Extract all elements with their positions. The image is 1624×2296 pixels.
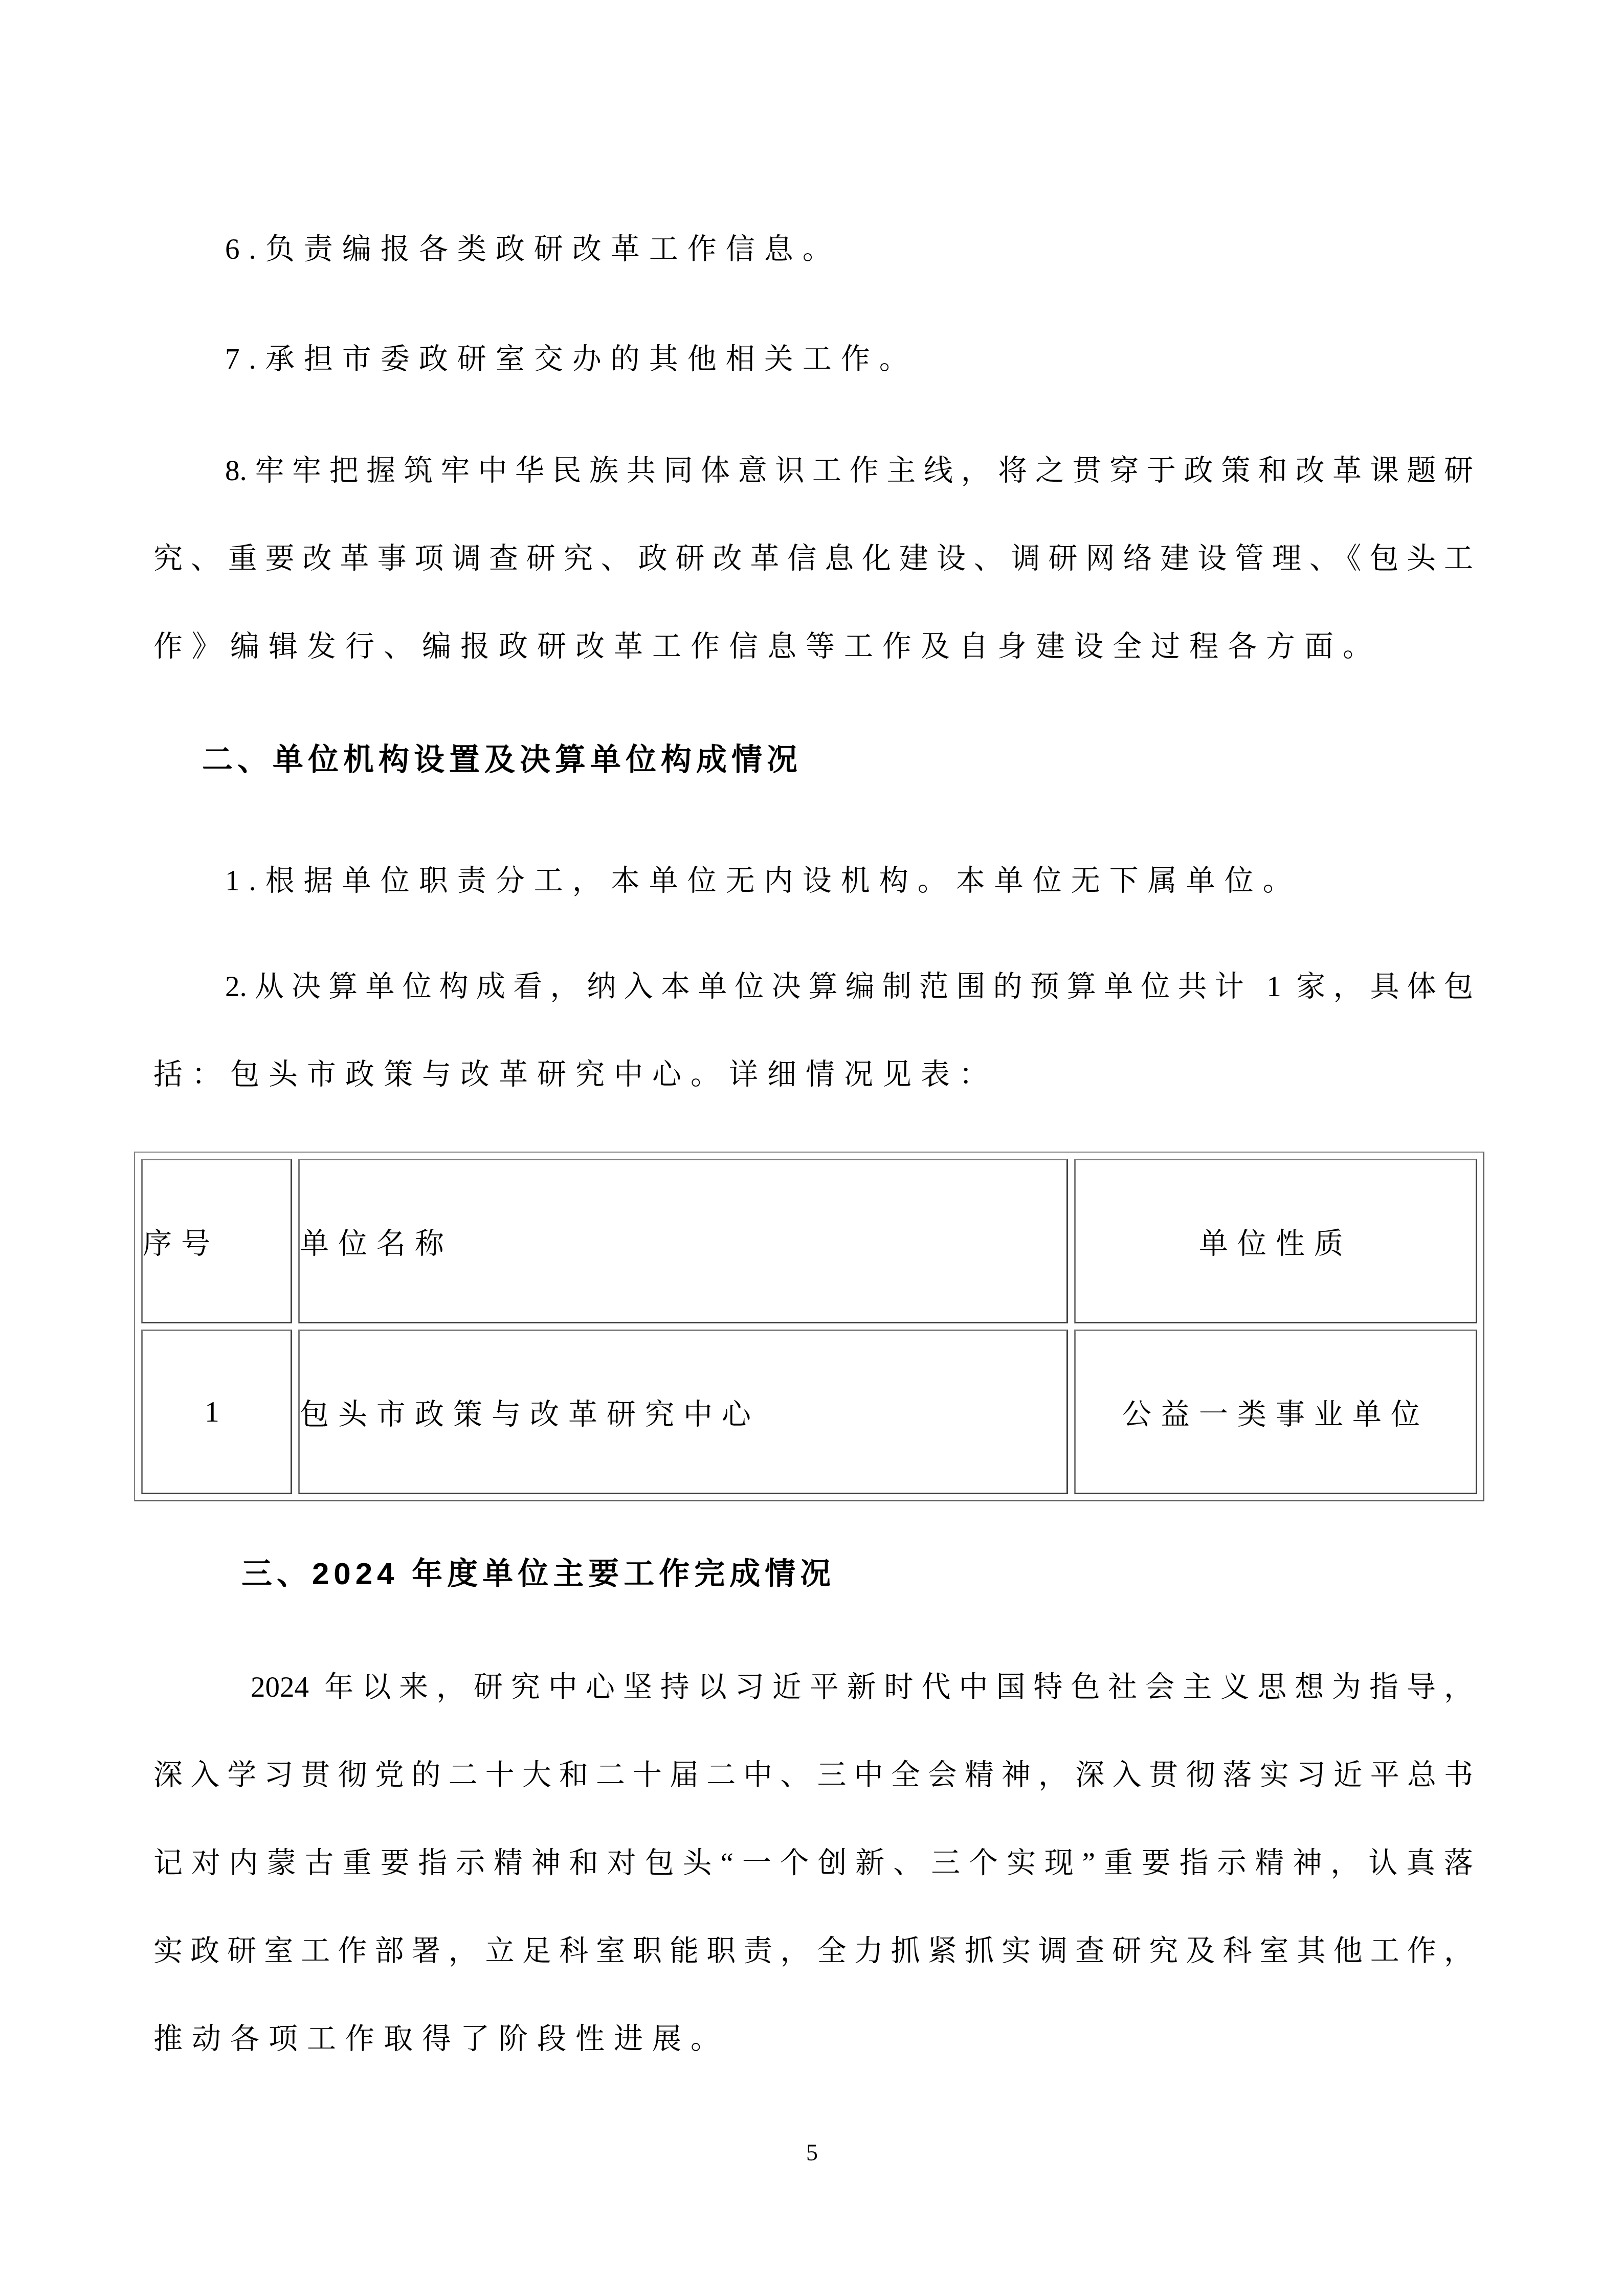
table-header-seq: 序号	[141, 1159, 292, 1323]
text-line: 记对内蒙古重要指示精神和对包头“一个创新、三个实现”重要指示精神，认真落	[153, 1819, 1473, 1907]
paragraph-org-1: 1.根据单位职责分工，本单位无内设机构。本单位无下属单位。	[153, 837, 1473, 925]
heading-text: 二、单位机构设置及决算单位构成情况	[153, 716, 1473, 804]
text-line: 6.负责编报各类政研改革工作信息。	[153, 206, 1473, 294]
text-line: 作》编辑发行、编报政研改革工作信息等工作及自身建设全过程各方面。	[153, 603, 1473, 691]
paragraph-duty-6: 6.负责编报各类政研改革工作信息。	[153, 206, 1473, 294]
table-header-nature: 单位性质	[1074, 1159, 1477, 1323]
document-page: 6.负责编报各类政研改革工作信息。 7.承担市委政研室交办的其他相关工作。 8.…	[0, 0, 1624, 2296]
text-line: 2024 年以来，研究中心坚持以习近平新时代中国特色社会主义思想为指导，	[153, 1644, 1473, 1731]
paragraph-work-summary: 2024 年以来，研究中心坚持以习近平新时代中国特色社会主义思想为指导， 深入学…	[153, 1644, 1473, 2083]
table-header-name: 单位名称	[298, 1159, 1068, 1323]
text-line: 括：包头市政策与改革研究中心。详细情况见表：	[153, 1031, 1473, 1119]
text-line: 1.根据单位职责分工，本单位无内设机构。本单位无下属单位。	[153, 837, 1473, 925]
unit-table: 序号 单位名称 单位性质 1 包头市政策与改革研究中心 公益一类事业单位	[134, 1152, 1484, 1501]
text-line: 究、重要改革事项调查研究、政研改革信息化建设、调研网络建设管理、《包头工	[153, 515, 1473, 603]
table-header-row: 序号 单位名称 单位性质	[141, 1159, 1477, 1323]
text-line: 2.从决算单位构成看，纳入本单位决算编制范围的预算单位共计 1 家，具体包	[153, 943, 1473, 1031]
table-cell-nature: 公益一类事业单位	[1074, 1330, 1477, 1494]
text-line: 深入学习贯彻党的二十大和二十届二中、三中全会精神，深入贯彻落实习近平总书	[153, 1731, 1473, 1819]
paragraph-org-2: 2.从决算单位构成看，纳入本单位决算编制范围的预算单位共计 1 家，具体包 括：…	[153, 943, 1473, 1119]
table-cell-name: 包头市政策与改革研究中心	[298, 1330, 1068, 1494]
section-heading-2: 二、单位机构设置及决算单位构成情况	[153, 716, 1473, 804]
text-line: 实政研室工作部署，立足科室职能职责，全力抓紧抓实调查研究及科室其他工作，	[153, 1907, 1473, 1995]
heading-text: 三、2024 年度单位主要工作完成情况	[153, 1530, 1473, 1618]
text-line: 8.牢牢把握筑牢中华民族共同体意识工作主线，将之贯穿于政策和改革课题研	[153, 427, 1473, 515]
paragraph-duty-7: 7.承担市委政研室交办的其他相关工作。	[153, 316, 1473, 403]
table-row: 1 包头市政策与改革研究中心 公益一类事业单位	[141, 1330, 1477, 1494]
text-line: 推动各项工作取得了阶段性进展。	[153, 1995, 1473, 2083]
page-number: 5	[0, 2117, 1624, 2189]
section-heading-3: 三、2024 年度单位主要工作完成情况	[153, 1530, 1473, 1618]
text-line: 7.承担市委政研室交办的其他相关工作。	[153, 316, 1473, 403]
table-cell-seq: 1	[141, 1330, 292, 1494]
paragraph-duty-8: 8.牢牢把握筑牢中华民族共同体意识工作主线，将之贯穿于政策和改革课题研 究、重要…	[153, 427, 1473, 691]
